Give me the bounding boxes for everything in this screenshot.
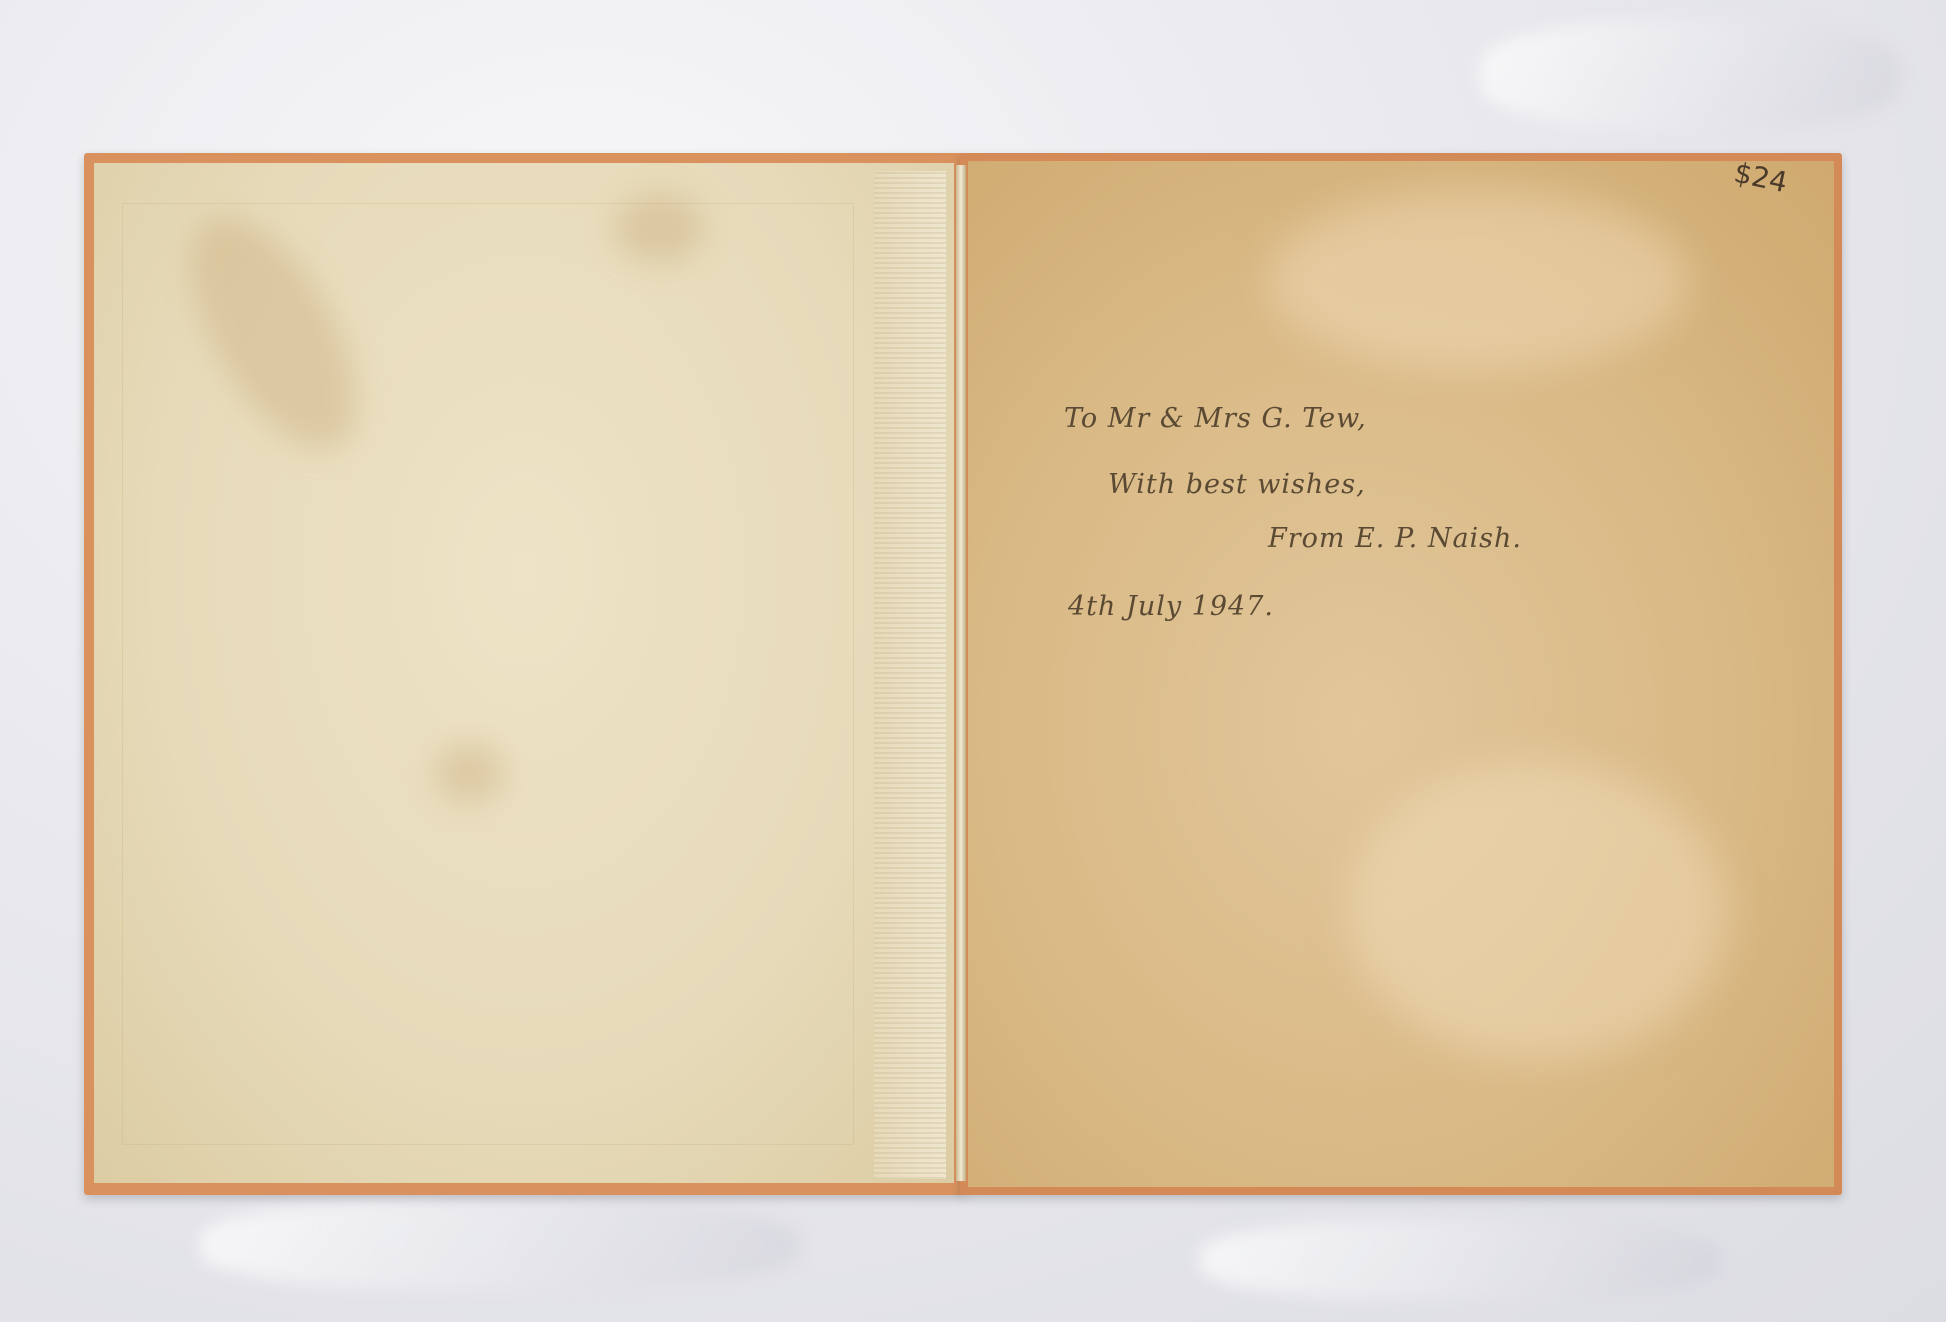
book-spine bbox=[956, 165, 966, 1181]
right-endpaper: $24 To Mr & Mrs G. Tew, With best wishes… bbox=[968, 161, 1834, 1187]
gutter-hinge bbox=[874, 171, 946, 1179]
inscription-line-1: To Mr & Mrs G. Tew, bbox=[1064, 403, 1367, 434]
faded-area bbox=[1268, 191, 1688, 371]
inscription-line-2: With best wishes, bbox=[1108, 469, 1366, 500]
bedsheet-fold bbox=[1480, 20, 1900, 130]
left-endpaper bbox=[94, 163, 954, 1183]
bedsheet-fold bbox=[200, 1200, 800, 1290]
water-stain bbox=[614, 193, 704, 263]
open-book: $24 To Mr & Mrs G. Tew, With best wishes… bbox=[84, 153, 1842, 1195]
inscription-date: 4th July 1947. bbox=[1068, 591, 1274, 622]
price-mark: $24 bbox=[1731, 156, 1790, 199]
faded-area bbox=[1348, 761, 1728, 1061]
inscription-line-3: From E. P. Naish. bbox=[1268, 523, 1522, 554]
bedsheet-fold bbox=[1200, 1220, 1720, 1300]
water-stain bbox=[434, 743, 504, 803]
